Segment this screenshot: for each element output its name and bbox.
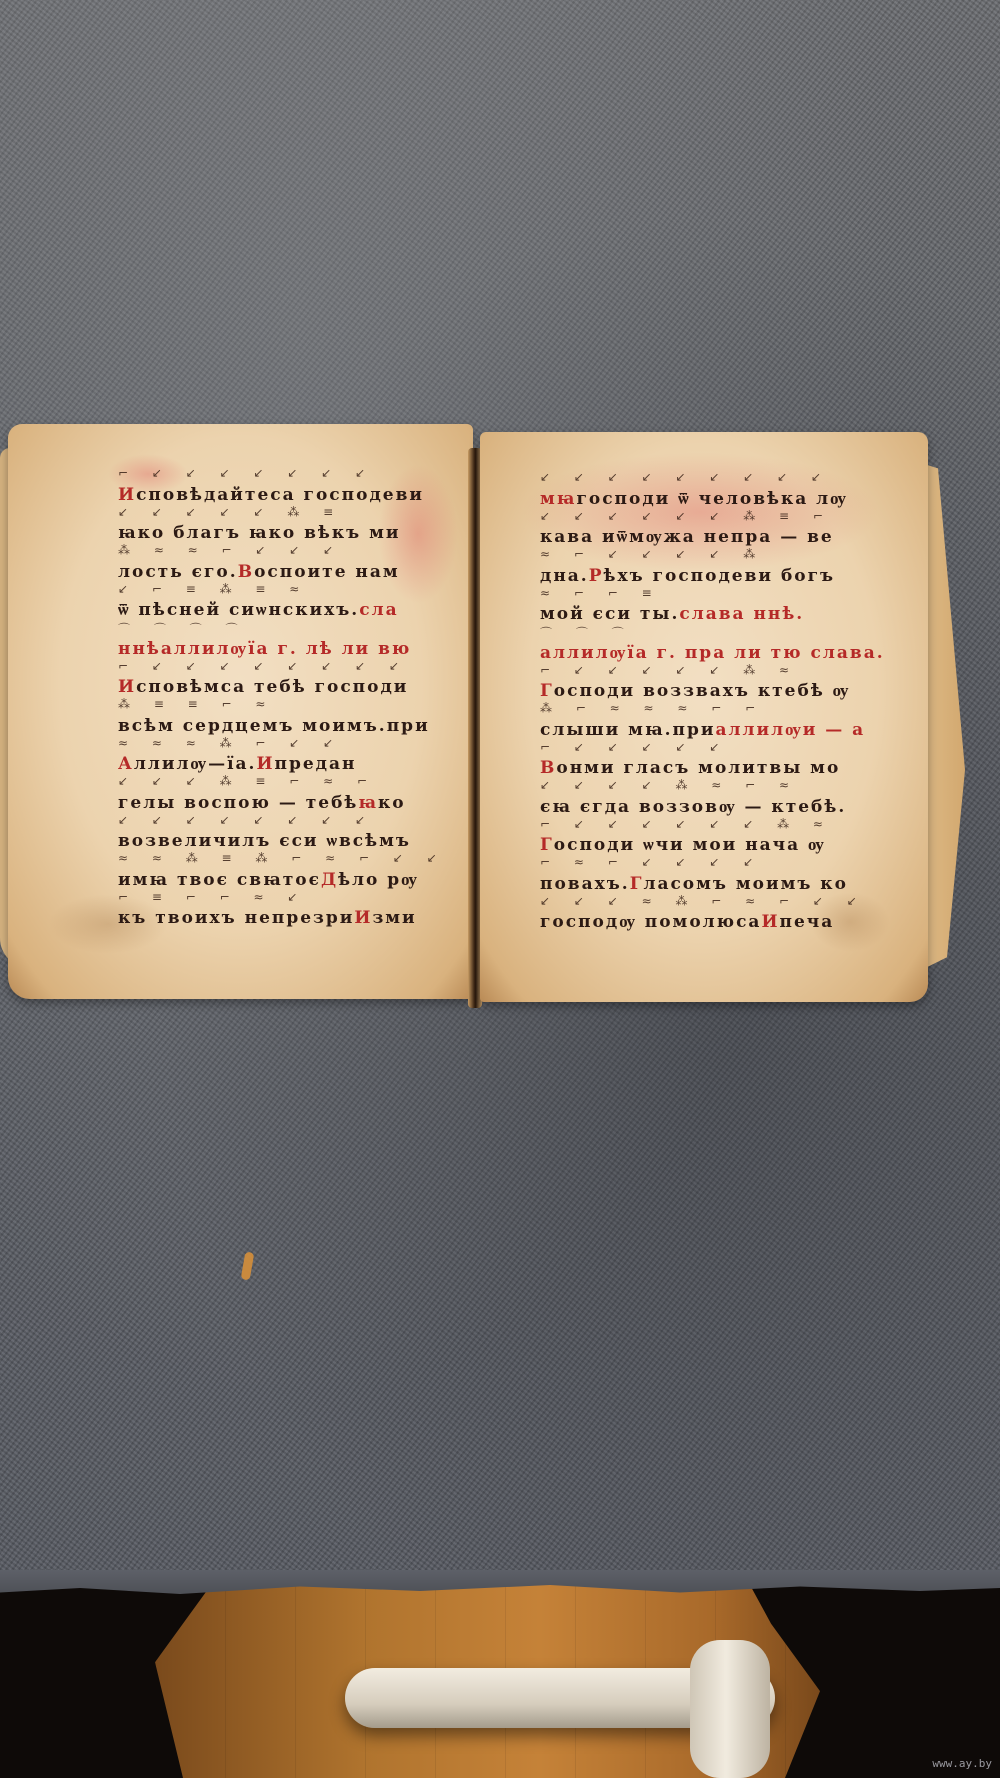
red-initial: И xyxy=(354,908,372,928)
line-text: господѹ помолюса xyxy=(540,912,761,932)
manuscript-line: ≈ ≈ ≈ ⁂ ⌐ ↙ ↙Аллилѹ—їа. Ипредан xyxy=(118,736,448,775)
line-text: при xyxy=(387,716,430,736)
manuscript-line: ↙ ↙ ↙ ↙ ↙ ↙ ⁂ ≡ ⌐кава иѿмѹжа непра — ве xyxy=(540,509,860,548)
line-text: ласомъ моимъ ко xyxy=(643,874,847,894)
manuscript-line: ↙ ↙ ↙ ⁂ ≡ ⌐ ≈ ⌐гелы воспою — тебѣ ꙗко xyxy=(118,774,448,813)
neume-notation: ⌒ ⌒ ⌒ ⌒ xyxy=(118,620,448,636)
manuscript-line: ↙ ↙ ↙ ↙ ↙ ↙ ↙ ↙ ↙мꙗ господи ѿ человѣка л… xyxy=(540,470,860,509)
red-initial: Г xyxy=(540,681,554,701)
neume-notation: ⁂ ≡ ≡ ⌐ ≈ xyxy=(118,697,448,713)
red-rubric: аллилѹїа г. пра ли тю слава. xyxy=(540,643,885,663)
neume-notation: ⌐ ↙ ↙ ↙ ↙ ↙ ⁂ ≈ xyxy=(540,663,860,679)
line-text: дна. xyxy=(540,566,589,586)
line-text: ллилѹ—їа. xyxy=(134,754,257,774)
red-rubric: аллилѹи — а xyxy=(715,720,865,740)
neume-notation: ≈ ≈ ≈ ⁂ ⌐ ↙ ↙ xyxy=(118,736,448,752)
neume-notation: ⌐ ≈ ⌐ ↙ ↙ ↙ ↙ xyxy=(540,855,860,871)
line-text: къ твоихъ непрезри xyxy=(118,908,354,928)
line-text: при xyxy=(673,720,716,740)
red-initial: Д xyxy=(321,870,338,890)
line-text: возвеличилъ єси ѡвсѣмъ xyxy=(118,831,411,851)
red-rubric: мꙗ xyxy=(540,489,576,509)
line-text: оспоите нам xyxy=(254,562,400,582)
line-text: сповѣмса тебѣ господи xyxy=(136,677,408,697)
open-manuscript-book: ⌐ ↙ ↙ ↙ ↙ ↙ ↙ ↙Исповѣдайтеса господеви ↙… xyxy=(0,418,970,1018)
manuscript-line: ⁂ ≡ ≡ ⌐ ≈всѣм сердцемъ моимъ. при xyxy=(118,697,448,736)
neume-notation: ⁂ ⌐ ≈ ≈ ≈ ⌐ ⌐ xyxy=(540,701,860,717)
neume-notation: ↙ ↙ ↙ ↙ ↙ ↙ ↙ ↙ ↙ xyxy=(540,470,860,486)
red-initial: А xyxy=(118,754,134,774)
red-initial: Г xyxy=(630,874,644,894)
line-text: всѣм сердцемъ моимъ. xyxy=(118,716,387,736)
line-text: кава иѿмѹжа непра — ве xyxy=(540,527,834,547)
line-text: печа xyxy=(780,912,835,932)
line-text: зми xyxy=(372,908,416,928)
red-initial: И xyxy=(118,485,136,505)
neume-notation: ⌐ ≡ ⌐ ⌐ ≈ ↙ xyxy=(118,890,448,906)
manuscript-line: ↙ ⌐ ≡ ⁂ ≡ ≈ѿ пѣсней сиѡнскихъ. сла xyxy=(118,582,448,621)
right-page: ↙ ↙ ↙ ↙ ↙ ↙ ↙ ↙ ↙мꙗ господи ѿ человѣка л… xyxy=(480,432,928,1002)
neume-notation: ↙ ↙ ↙ ↙ ⁂ ≈ ⌐ ≈ xyxy=(540,778,860,794)
manuscript-line: ⌐ ↙ ↙ ↙ ↙ ↙ ↙ ↙Исповѣдайтеса господеви xyxy=(118,466,448,505)
line-text: господи ѿ человѣка лѹ xyxy=(576,489,847,509)
red-rubric: аллилѹїа г. лѣ ли вю xyxy=(161,639,411,659)
manuscript-line: ⌐ ≈ ⌐ ↙ ↙ ↙ ↙повахъ. Гласомъ моимъ ко xyxy=(540,855,860,894)
manuscript-line: ≈ ⌐ ↙ ↙ ↙ ↙ ⁂дна. Рѣхъ господеви богъ xyxy=(540,547,860,586)
neume-notation: ↙ ↙ ↙ ↙ ↙ ⁂ ≡ xyxy=(118,505,448,521)
neume-notation: ↙ ⌐ ≡ ⁂ ≡ ≈ xyxy=(118,582,448,598)
line-text: сповѣдайтеса господеви xyxy=(136,485,424,505)
manuscript-line: ⌒ ⌒ ⌒аллилѹїа г. пра ли тю слава. xyxy=(540,624,860,663)
red-initial: И xyxy=(761,912,779,932)
chair-spindle-post xyxy=(690,1640,770,1778)
red-rubric: ннѣ xyxy=(118,639,161,659)
red-rubric: слава ннѣ. xyxy=(679,604,804,624)
red-initial: И xyxy=(256,754,274,774)
red-initial: И xyxy=(118,677,136,697)
neume-notation: ⁂ ≈ ≈ ⌐ ↙ ↙ ↙ xyxy=(118,543,448,559)
neume-notation: ≈ ⌐ ⌐ ≡ xyxy=(540,586,860,602)
red-initial: В xyxy=(540,758,556,778)
right-page-text: ↙ ↙ ↙ ↙ ↙ ↙ ↙ ↙ ↙мꙗ господи ѿ человѣка л… xyxy=(540,470,860,932)
manuscript-line: ⌐ ↙ ↙ ↙ ↙ ↙Вонми гласъ молитвы мо xyxy=(540,740,860,779)
watermark: www.ay.by xyxy=(932,1757,992,1770)
manuscript-line: ⁂ ≈ ≈ ⌐ ↙ ↙ ↙лость єго. Воспоите нам xyxy=(118,543,448,582)
red-initial: ꙗ xyxy=(358,793,378,813)
line-text: осподи воззвахъ ктебѣ ѹ xyxy=(554,681,851,701)
line-text: онми гласъ молитвы мо xyxy=(556,758,840,778)
line-text: ѣхъ господеви богъ xyxy=(604,566,836,586)
red-initial: В xyxy=(238,562,254,582)
neume-notation: ⌒ ⌒ ⌒ xyxy=(540,624,860,640)
manuscript-line: ≈ ⌐ ⌐ ≡мой єси ты. слава ннѣ. xyxy=(540,586,860,625)
neume-notation: ↙ ↙ ↙ ↙ ↙ ↙ ⁂ ≡ ⌐ xyxy=(540,509,860,525)
manuscript-line: ⁂ ⌐ ≈ ≈ ≈ ⌐ ⌐слыши мꙗ. приаллилѹи — а xyxy=(540,701,860,740)
line-text: єꙗ єгда воззовѹ — ктебѣ. xyxy=(540,797,846,817)
neume-notation: ⌐ ↙ ↙ ↙ ↙ ↙ ↙ ↙ xyxy=(118,466,448,482)
line-text: лость єго. xyxy=(118,562,238,582)
neume-notation: ↙ ↙ ↙ ↙ ↙ ↙ ↙ ↙ xyxy=(118,813,448,829)
line-text: имꙗ твоє свꙗтоє xyxy=(118,870,321,890)
neume-notation: ⌐ ↙ ↙ ↙ ↙ ↙ ↙ ⁂ ≈ xyxy=(540,817,860,833)
line-text: мой єси ты. xyxy=(540,604,679,624)
red-initial: Р xyxy=(589,566,604,586)
manuscript-line: ⌐ ↙ ↙ ↙ ↙ ↙ ↙ ↙ ↙Исповѣмса тебѣ господи xyxy=(118,659,448,698)
manuscript-line: ↙ ↙ ↙ ↙ ↙ ↙ ↙ ↙возвеличилъ єси ѡвсѣмъ xyxy=(118,813,448,852)
manuscript-line: ↙ ↙ ↙ ↙ ↙ ⁂ ≡ꙗко благъ ꙗко вѣкъ ми xyxy=(118,505,448,544)
line-text: ко xyxy=(378,793,406,813)
line-text: ѿ пѣсней сиѡнскихъ. xyxy=(118,600,359,620)
manuscript-line: ⌐ ↙ ↙ ↙ ↙ ↙ ↙ ⁂ ≈Господи ѡчи мои нача ѹ xyxy=(540,817,860,856)
red-rubric: сла xyxy=(359,600,398,620)
line-text: гелы воспою — тебѣ xyxy=(118,793,358,813)
line-text: ꙗко благъ ꙗко вѣкъ ми xyxy=(118,523,400,543)
neume-notation: ≈ ⌐ ↙ ↙ ↙ ↙ ⁂ xyxy=(540,547,860,563)
line-text: повахъ. xyxy=(540,874,630,894)
manuscript-line: ↙ ↙ ↙ ↙ ⁂ ≈ ⌐ ≈єꙗ єгда воззовѹ — ктебѣ. xyxy=(540,778,860,817)
manuscript-line: ≈ ≈ ⁂ ≡ ⁂ ⌐ ≈ ⌐ ↙ ↙имꙗ твоє свꙗтоє Дѣло … xyxy=(118,851,448,890)
manuscript-line: ⌒ ⌒ ⌒ ⌒ннѣ аллилѹїа г. лѣ ли вю xyxy=(118,620,448,659)
red-initial: Г xyxy=(540,835,554,855)
left-page-text: ⌐ ↙ ↙ ↙ ↙ ↙ ↙ ↙Исповѣдайтеса господеви ↙… xyxy=(118,466,448,928)
manuscript-line: ⌐ ↙ ↙ ↙ ↙ ↙ ⁂ ≈Господи воззвахъ ктебѣ ѹ xyxy=(540,663,860,702)
line-text: слыши мꙗ. xyxy=(540,720,673,740)
line-text: осподи ѡчи мои нача ѹ xyxy=(554,835,826,855)
neume-notation: ≈ ≈ ⁂ ≡ ⁂ ⌐ ≈ ⌐ ↙ ↙ xyxy=(118,851,448,867)
line-text: предан xyxy=(275,754,357,774)
manuscript-line: ↙ ↙ ↙ ≈ ⁂ ⌐ ≈ ⌐ ↙ ↙господѹ помолюса Ипеч… xyxy=(540,894,860,933)
left-page: ⌐ ↙ ↙ ↙ ↙ ↙ ↙ ↙Исповѣдайтеса господеви ↙… xyxy=(8,424,473,999)
manuscript-line: ⌐ ≡ ⌐ ⌐ ≈ ↙къ твоихъ непрезри Изми xyxy=(118,890,448,929)
neume-notation: ⌐ ↙ ↙ ↙ ↙ ↙ xyxy=(540,740,860,756)
neume-notation: ⌐ ↙ ↙ ↙ ↙ ↙ ↙ ↙ ↙ xyxy=(118,659,448,675)
neume-notation: ↙ ↙ ↙ ≈ ⁂ ⌐ ≈ ⌐ ↙ ↙ xyxy=(540,894,860,910)
line-text: ѣло рѹ xyxy=(338,870,419,890)
neume-notation: ↙ ↙ ↙ ⁂ ≡ ⌐ ≈ ⌐ xyxy=(118,774,448,790)
